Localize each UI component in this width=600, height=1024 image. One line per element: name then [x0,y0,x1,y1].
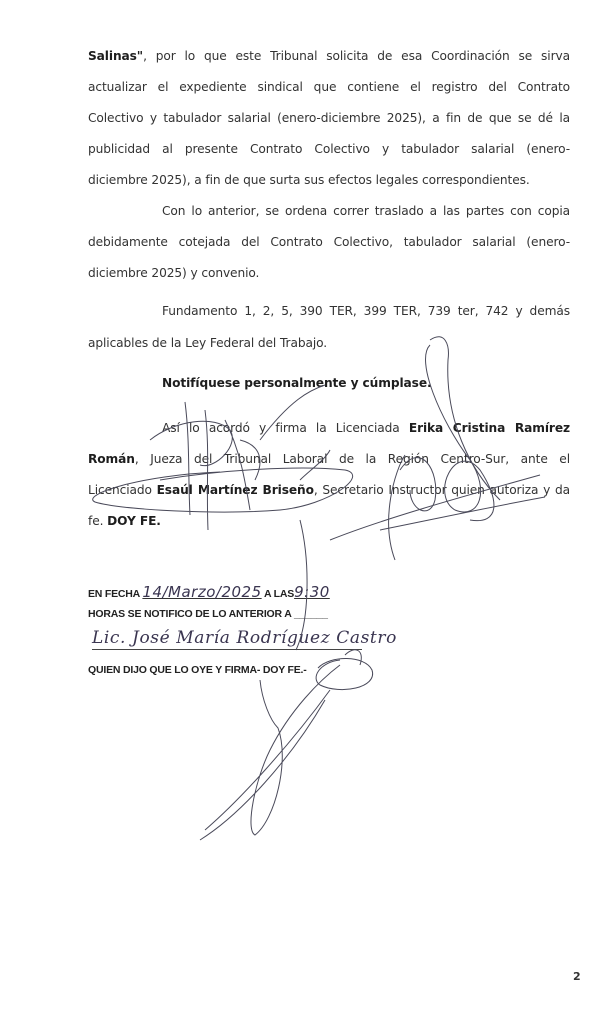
paragraph-1-line-1: Salinas", por lo que este Tribunal solic… [88,48,570,64]
judge-name: Erika Cristina Ramírez [409,421,570,435]
secretary-name: Esaúl Martínez Briseño [157,483,314,497]
paragraph-1-line-4: publicidad al presente Contrato Colectiv… [88,141,570,157]
paragraph-4-line-4: fe. DOY FE. [88,513,570,529]
bold-name: Salinas" [88,49,143,63]
notification-hours-line: HORAS SE NOTIFICO DE LO ANTERIOR A _____… [88,608,328,620]
doy-fe: DOY FE. [107,514,161,528]
text: , por lo que este Tribunal solicita de e… [143,49,570,63]
text: Así lo acordó y firma la Licenciada [162,421,409,435]
text: , Jueza del Tribunal Laboral de la Regió… [135,452,570,466]
paragraph-4-line-1: Así lo acordó y firma la Licenciada Erik… [162,420,570,436]
paragraph-1-line-3: Colectivo y tabulador salarial (enero-di… [88,110,570,126]
page-number: 2 [573,970,581,983]
paragraph-3-line-1: Fundamento 1, 2, 5, 390 TER, 399 TER, 73… [162,303,570,319]
paragraph-3-line-2: aplicables de la Ley Federal del Trabajo… [88,335,570,351]
order-heading: Notifíquese personalmente y cúmplase. [162,375,600,391]
hours-label: HORAS SE NOTIFICO DE LO ANTERIOR A [88,608,291,620]
time-label: A LAS [264,588,294,600]
paragraph-4-line-3: Licenciado Esaúl Martínez Briseño, Secre… [88,482,570,498]
notification-closing: QUIEN DIJO QUE LO OYE Y FIRMA- DOY FE.- [88,664,307,676]
date-value: 14/Marzo/2025 [142,583,261,601]
notification-date-line: EN FECHA 14/Marzo/2025 A LAS9:30 [88,583,330,601]
paragraph-2-line-3: diciembre 2025) y convenio. [88,265,570,281]
text: , Secretario Instructor quien autoriza y… [314,483,570,497]
date-label: EN FECHA [88,588,140,600]
time-value: 9:30 [294,583,330,601]
document-page: Salinas", por lo que este Tribunal solic… [0,0,600,1024]
paragraph-1-line-2: actualizar el expediente sindical que co… [88,79,570,95]
text: Licenciado [88,483,157,497]
paragraph-2-line-1: Con lo anterior, se ordena correr trasla… [162,203,570,219]
paragraph-2-line-2: debidamente cotejada del Contrato Colect… [88,234,570,250]
text: fe. [88,514,107,528]
notified-person-name: Lic. José María Rodríguez Castro [92,628,362,650]
judge-surname: Román [88,452,135,466]
blank-line: ______ [294,608,328,620]
paragraph-1-line-5: diciembre 2025), a fin de que surta sus … [88,172,570,188]
paragraph-4-line-2: Román, Jueza del Tribunal Laboral de la … [88,451,570,467]
